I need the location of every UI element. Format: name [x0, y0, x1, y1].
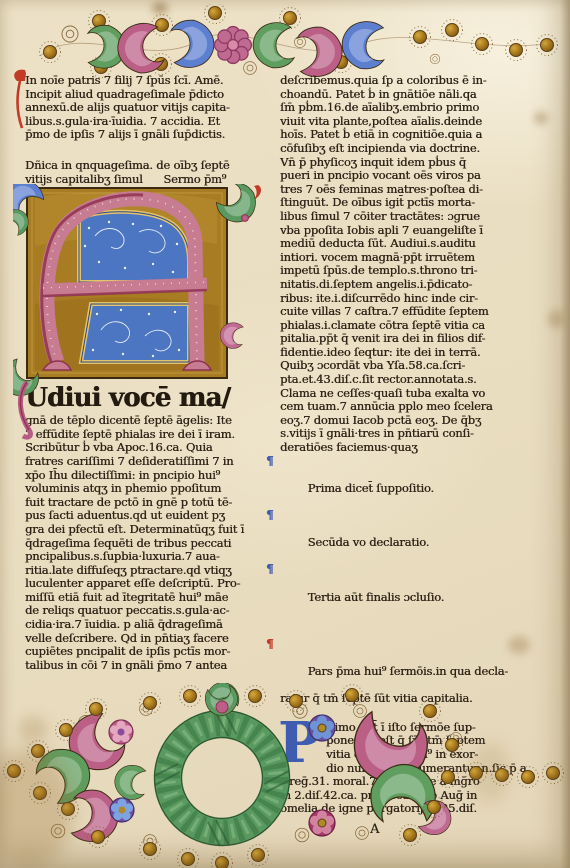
- text-line: miſſū etiā fuit ad ītegritatē hui⁹ māe: [25, 591, 277, 605]
- text-line: ribus: ite.i.diſcurrēdo hinc inde cir-: [280, 292, 552, 306]
- left-text-column: In noīe patris 7 filij 7 ſpūs ſcī. Amē.I…: [25, 74, 277, 672]
- division-text: Tertia aūt finalis ɔcluſio.: [308, 590, 444, 604]
- text-line: deratiōes faciemus·quaʒ: [280, 441, 552, 455]
- center-rosette: [215, 27, 252, 64]
- division-item: ¶ Secūda vo declaratio.: [280, 509, 552, 563]
- text-line: talibus in cōi 7 in gnāli p̄mo 7 antea: [25, 659, 277, 673]
- blue-paraph-icon: ¶: [266, 563, 273, 577]
- text-line: Dñica in qnquageſima. de oībʒ ſeptē: [25, 159, 277, 173]
- text-line: voluminis atqʒ in phemio ppoſitum: [25, 482, 277, 496]
- blue-paraph-icon: ¶: [266, 455, 273, 469]
- text-line: xp̄o Ih̄u dilectiſſimi: in pncipio hui⁹: [25, 469, 277, 483]
- continuation-paragraph: deſcribemus.quia ſp a coloribus ē in-cho…: [280, 74, 552, 455]
- text-line: gra dei pfectū eſt. Determinatūqʒ fuit ī: [25, 523, 277, 537]
- text-line: ritia.late diffuſeqʒ ptractare.qd vtiqʒ: [25, 564, 277, 578]
- text-line: Quibʒ ɔcordāt vba Yſa.58.ca.ſcri-: [280, 359, 552, 373]
- flower-blue: [110, 798, 134, 822]
- left-floral-spray: [31, 707, 153, 849]
- text-line: s.vitijs ī gnāli·tres in pn̄tiarū conſi-: [280, 427, 552, 441]
- right-floral-spray: [309, 698, 458, 841]
- text-line: tres 7 oēs feminas matres·poſtea di-: [280, 183, 552, 197]
- text-line: pncipalibus.s.ſupbia·luxuria.7 aua-: [25, 550, 277, 564]
- red-paraph-icon: ¶: [266, 638, 273, 652]
- text-line: Incipit aliud quadrageſimale p̄dicto: [25, 88, 277, 102]
- text-line: cem tuam.7 annūcia pplo meo ſcelera: [280, 400, 552, 414]
- text-line: nitatis.di.ſeptem angelis.i.p̄dicato-: [280, 278, 552, 292]
- flower-blue: [309, 715, 335, 741]
- text-line: impetū ſpūs.de templo.s.throno tri-: [280, 264, 552, 278]
- blue-paraph-icon: ¶: [266, 509, 273, 523]
- text-line: Vn̄ p̄ phyſicoʒ inquit idem pḃus q̄: [280, 156, 552, 170]
- text-line: hoīs. Patet ḃ etiā in cognitiōe.quia a: [280, 128, 552, 142]
- text-line: vba ppoſita Iobis apli 7 euangeliſte ī: [280, 224, 552, 238]
- text-line: In noīe patris 7 filij 7 ſpūs ſcī. Amē.: [25, 74, 277, 88]
- text-line: luculenter apparet eſſe deſcriptū. Pro-: [25, 577, 277, 591]
- division-text: Prima dicet̄ ſuppoſitio.: [308, 481, 434, 495]
- division-item: ¶ Prima dicet̄ ſuppoſitio.: [280, 455, 552, 509]
- upper-blue-panel: [79, 212, 189, 282]
- text-line: pus ſacti aduentus.qd ut euident pʒ: [25, 509, 277, 523]
- text-line: phialas.i.clamate cōtra ſeptē vitia ca: [280, 319, 552, 333]
- division-item: ¶ Tertia aūt finalis ɔcluſio.: [280, 563, 552, 617]
- incipit-paragraph: In noīe patris 7 filij 7 ſpūs ſcī. Amē.I…: [25, 74, 277, 142]
- text-line: ſm̄ pḃm.16.de aīalibʒ.embrio primo: [280, 101, 552, 115]
- text-line: choandū. Patet ḃ in gnātiōe nāli.qa: [280, 88, 552, 102]
- text-line: de reliqs quatuor peccatis.s.gula·ac-: [25, 604, 277, 618]
- text-line: fidentie.ideo ſeqtur: ite dei in terrā.: [280, 346, 552, 360]
- text-line: deſcribemus.quia ſp a coloribus ē in-: [280, 74, 552, 88]
- text-line: annexū.de alijs quatuor vitijs capita-: [25, 101, 277, 115]
- division-text: Secūda vo declaratio.: [308, 535, 429, 549]
- laurel-wreath: [154, 710, 290, 846]
- pars-text: Pars p̄ma hui⁹ ſermōis.in qua decla-: [308, 664, 508, 678]
- text-line: mediū deducta ſūt. Audiui.s.auditu: [280, 237, 552, 251]
- text-line: Clama ne ceſſes·quaſi tuba exalta vo: [280, 387, 552, 401]
- text-line: libus.s.gula·ira·īuidia. 7 accidia. Et: [25, 115, 277, 129]
- text-line: fratres cariſſimi 7 deſideratiſſimi 7 in: [25, 455, 277, 469]
- sermon-body-paragraph: gnā de tēplo dicentē ſeptē āgelis: Ite7 …: [25, 414, 277, 672]
- sermon-heading: Dñica in qnquageſima. de oībʒ ſeptēvitij…: [25, 159, 277, 186]
- text-line: q̄drageſima ſequēti de tribus peccati: [25, 537, 277, 551]
- division-list: ¶ Prima dicet̄ ſuppoſitio. ¶ Secūda vo d…: [280, 455, 552, 618]
- text-line: cōfuſibʒ eſt incipienda via doctrine.: [280, 142, 552, 156]
- text-line: pta.et.43.diſ.c.ſit rector.annotata.s.: [280, 373, 552, 387]
- bottom-floral-ornament: [0, 683, 570, 868]
- text-line: p̄mo de ipſis 7 alijs ī gnāli ſup̄dictis…: [25, 128, 277, 142]
- illuminated-initial-A: [25, 186, 277, 384]
- text-line: viuit vita plante,poſtea aīalis.deinde: [280, 115, 552, 129]
- text-line: intiori. vocem magnā·pp̄t irruētem: [280, 251, 552, 265]
- text-line: cuite villas 7 caſtra.7 effūdite ſeptem: [280, 305, 552, 319]
- text-line: cidia·ira.7 īuidia. p aliā q̄drageſimā: [25, 618, 277, 632]
- text-line: Scribūtur ḃ vba Apoc.16.ca. Quia: [25, 441, 277, 455]
- text-line: cupiētes pncipalit de ipſis pctīs mor-: [25, 645, 277, 659]
- text-line: velle deſcribere. Qd in pn̄tiaʒ facere: [25, 632, 277, 646]
- text-line: pueri in pncipio vocant oēs viros pa: [280, 169, 552, 183]
- text-line: pitalia.pp̄t q̄ venit ira dei in filios …: [280, 332, 552, 346]
- manuscript-page: In noīe patris 7 filij 7 ſpūs ſcī. Amē.I…: [0, 0, 570, 868]
- text-line: libus ſimul 7 cōiter tractātes: ɔgrue: [280, 210, 552, 224]
- flower-pink: [109, 720, 133, 744]
- text-line: ſtinguūt. De oībus igit̄ pctīs morta-: [280, 196, 552, 210]
- flower-pink: [309, 810, 335, 836]
- text-line: eoʒ.7 domui Iacob pctā eoʒ. De q̄bʒ: [280, 414, 552, 428]
- lower-blue-panel: [81, 304, 189, 362]
- text-line: fuit tractare de pctō in gnē p totū tē-: [25, 496, 277, 510]
